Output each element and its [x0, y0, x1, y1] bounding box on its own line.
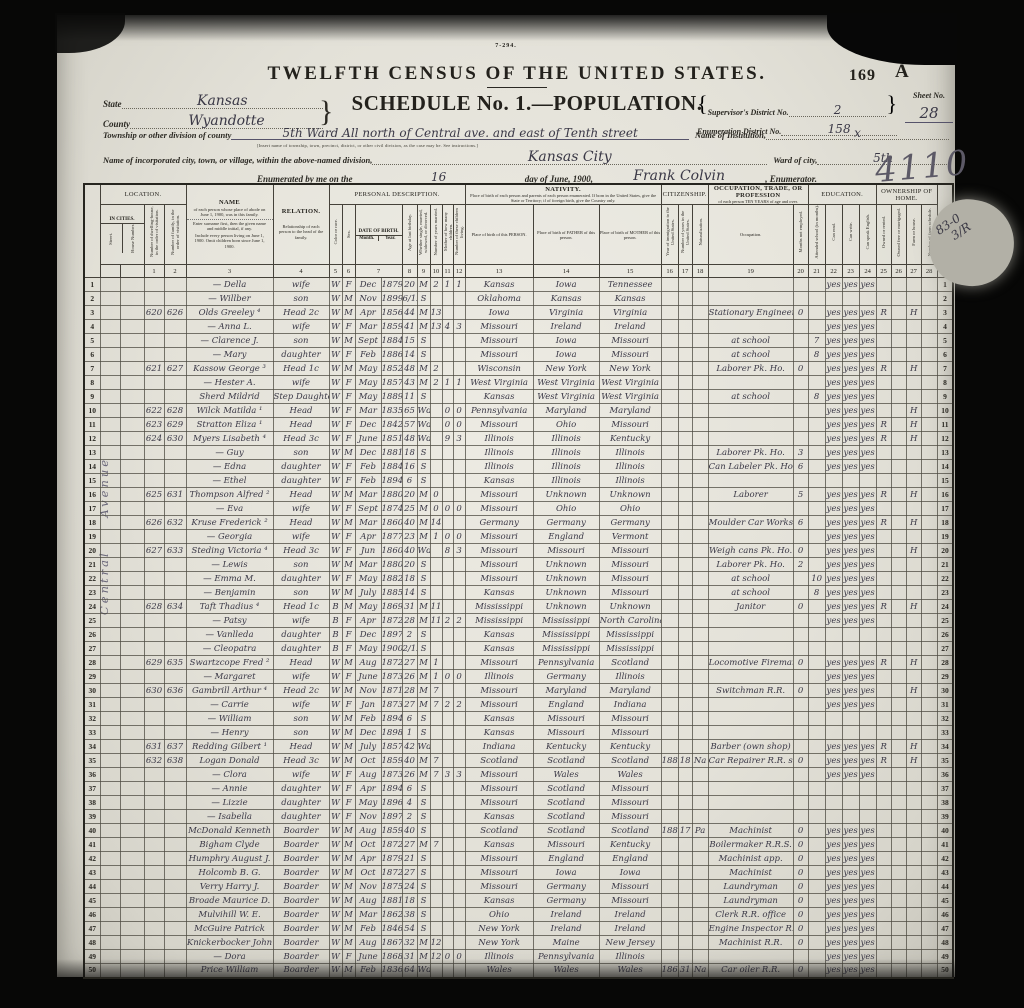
cell-bm: Jun	[355, 544, 381, 558]
cell-col: W	[329, 782, 342, 796]
cell-rel: son	[273, 712, 329, 726]
cell-st	[100, 964, 120, 978]
cell-mo	[442, 810, 453, 824]
cell-age: 15	[402, 334, 417, 348]
cell-name: Stratton Eliza ¹	[186, 418, 273, 432]
cell-mar: M	[417, 950, 430, 964]
cell-pb: Scotland	[465, 824, 533, 838]
cell-mar: S	[417, 852, 430, 866]
cell-fh: H	[906, 600, 921, 614]
col-can-speak-english: Can speak English.	[859, 205, 876, 265]
cell-ym	[430, 642, 442, 656]
cell-pf: Mississippi	[533, 628, 599, 642]
cell-or	[876, 558, 891, 572]
cell-pb: West Virginia	[465, 376, 533, 390]
cell-pf: Illinois	[533, 446, 599, 460]
cell-mo	[442, 726, 453, 740]
cell-dw: 629	[144, 656, 164, 670]
cell-age: 20	[402, 278, 417, 292]
cell-pb: Missouri	[465, 782, 533, 796]
cell-na	[692, 950, 708, 964]
cell-fh	[906, 838, 921, 852]
cell-fs	[921, 292, 937, 306]
cell-st	[100, 572, 120, 586]
cell-dw	[144, 950, 164, 964]
cell-yu	[678, 516, 692, 530]
cell-iy	[661, 530, 678, 544]
cell-yu	[678, 810, 692, 824]
cell-bm: Nov	[355, 810, 381, 824]
cell-yu	[678, 362, 692, 376]
cell-mu	[793, 418, 808, 432]
cell-col: W	[329, 362, 342, 376]
cell-sex: F	[342, 530, 355, 544]
cell-bm: Apr	[355, 852, 381, 866]
cell-cl	[453, 292, 465, 306]
cell-pb: Pennsylvania	[465, 404, 533, 418]
cell-rd: yes	[825, 964, 842, 978]
cell-rd: yes	[825, 936, 842, 950]
cell-rd: yes	[825, 530, 842, 544]
cell-en	[859, 810, 876, 824]
cell-en: yes	[859, 908, 876, 922]
cell-fa	[164, 586, 186, 600]
cell-sch	[808, 600, 825, 614]
cell-pm: Ireland	[599, 922, 661, 936]
cell-mar: Wd	[417, 418, 430, 432]
cell-fs	[921, 782, 937, 796]
cell-pb: Illinois	[465, 950, 533, 964]
cell-mar: M	[417, 306, 430, 320]
cell-pb: Oklahoma	[465, 292, 533, 306]
cell-fh	[906, 530, 921, 544]
cell-mu: 0	[793, 922, 808, 936]
group-relation: RELATION. Relationship of each person to…	[273, 184, 329, 265]
cell-bm: Mar	[355, 320, 381, 334]
cell-mo	[442, 936, 453, 950]
cell-age: 32	[402, 936, 417, 950]
cell-fh	[906, 642, 921, 656]
row-number-left: 2	[84, 292, 100, 306]
cell-dw	[144, 838, 164, 852]
cell-hn	[120, 768, 144, 782]
cell-wr: yes	[842, 614, 859, 628]
cell-cl: 1	[453, 278, 465, 292]
cell-rd: yes	[825, 516, 842, 530]
cell-name: — Vanlleda	[186, 628, 273, 642]
cell-sch	[808, 628, 825, 642]
cell-yu	[678, 278, 692, 292]
cell-by: 1873	[381, 670, 402, 684]
cell-age: 24	[402, 880, 417, 894]
cell-col: W	[329, 796, 342, 810]
cell-name: — Annie	[186, 782, 273, 796]
cell-hn	[120, 614, 144, 628]
cell-fh	[906, 558, 921, 572]
cell-en: yes	[859, 824, 876, 838]
cell-hn	[120, 460, 144, 474]
column-numbers-row: 12 34 56 7 89 1011 1213 1415 1617 1819 2…	[84, 265, 953, 278]
cell-rel: Head 1c	[273, 600, 329, 614]
cell-sex: M	[342, 334, 355, 348]
cell-by: 1852	[381, 362, 402, 376]
cell-wr: yes	[842, 964, 859, 978]
cell-dw	[144, 586, 164, 600]
cell-name: Gambrill Arthur ⁴	[186, 684, 273, 698]
cell-rel: daughter	[273, 796, 329, 810]
cell-ym	[430, 334, 442, 348]
cell-col: W	[329, 404, 342, 418]
cell-name: — Georgia	[186, 530, 273, 544]
cell-fa	[164, 320, 186, 334]
cell-pm: Missouri	[599, 726, 661, 740]
cell-fm	[891, 586, 906, 600]
cell-mu	[793, 502, 808, 516]
cell-col: W	[329, 712, 342, 726]
cell-fh	[906, 782, 921, 796]
cell-dw	[144, 572, 164, 586]
cell-or	[876, 446, 891, 460]
row-number-right: 24	[937, 600, 953, 614]
cell-na	[692, 740, 708, 754]
cell-name: — Lizzie	[186, 796, 273, 810]
cell-pm: Missouri	[599, 334, 661, 348]
cell-cl: 0	[453, 502, 465, 516]
cell-dw	[144, 866, 164, 880]
cell-rel: wife	[273, 376, 329, 390]
cell-fm	[891, 320, 906, 334]
cell-sex: M	[342, 446, 355, 460]
cell-fm	[891, 474, 906, 488]
cell-mu	[793, 586, 808, 600]
cell-pb: Mississippi	[465, 600, 533, 614]
cell-hn	[120, 950, 144, 964]
cell-iy	[661, 488, 678, 502]
cell-iy	[661, 866, 678, 880]
cell-cl	[453, 586, 465, 600]
cell-by: 1882	[381, 572, 402, 586]
cell-na	[692, 502, 708, 516]
cell-bm: Sept	[355, 502, 381, 516]
cell-occ: Locomotive Fireman	[708, 656, 793, 670]
cell-pb: Missouri	[465, 684, 533, 698]
cell-pb: Ohio	[465, 908, 533, 922]
state-value: Kansas	[122, 95, 323, 109]
cell-hn	[120, 852, 144, 866]
cell-na	[692, 390, 708, 404]
cell-fa: 627	[164, 362, 186, 376]
cell-rel: Boarder	[273, 852, 329, 866]
cell-name: Verry Harry J.	[186, 880, 273, 894]
group-location: LOCATION.	[100, 184, 186, 205]
cell-sch	[808, 404, 825, 418]
cell-cl: 0	[453, 418, 465, 432]
cell-fh	[906, 810, 921, 824]
cell-or	[876, 572, 891, 586]
cell-rd: yes	[825, 558, 842, 572]
cell-or	[876, 628, 891, 642]
cell-na	[692, 726, 708, 740]
cell-name: Kassow George ³	[186, 362, 273, 376]
cell-mu	[793, 278, 808, 292]
cell-sex: F	[342, 768, 355, 782]
cell-dw	[144, 726, 164, 740]
cell-or	[876, 320, 891, 334]
row-number-left: 34	[84, 740, 100, 754]
cell-dw	[144, 894, 164, 908]
cell-or	[876, 474, 891, 488]
cell-yu	[678, 670, 692, 684]
cell-mo	[442, 656, 453, 670]
cell-by: 1859	[381, 824, 402, 838]
row-number-left: 21	[84, 558, 100, 572]
cell-age: 28	[402, 614, 417, 628]
cell-pm: Missouri	[599, 348, 661, 362]
cell-en: yes	[859, 684, 876, 698]
cell-wr: yes	[842, 488, 859, 502]
cell-hn	[120, 894, 144, 908]
cell-dw: 621	[144, 362, 164, 376]
cell-mo	[442, 908, 453, 922]
cell-sch	[808, 418, 825, 432]
cell-fm	[891, 698, 906, 712]
cell-dw	[144, 460, 164, 474]
cell-occ	[708, 782, 793, 796]
cell-occ: Laborer	[708, 488, 793, 502]
cell-or	[876, 796, 891, 810]
cell-fm	[891, 782, 906, 796]
cell-rd: yes	[825, 866, 842, 880]
cell-na: Na	[692, 964, 708, 978]
cell-sch	[808, 712, 825, 726]
cell-cl	[453, 642, 465, 656]
cell-dw	[144, 390, 164, 404]
cell-pm: Wales	[599, 768, 661, 782]
cell-by: 1894	[381, 474, 402, 488]
cell-bm: July	[355, 586, 381, 600]
person-row: 37— AnniedaughterWFApr18946SMissouriScot…	[84, 782, 953, 796]
cell-dw	[144, 796, 164, 810]
cell-en: yes	[859, 866, 876, 880]
cell-by: 1897	[381, 628, 402, 642]
cell-bm: Nov	[355, 292, 381, 306]
cell-dw: 628	[144, 600, 164, 614]
cell-name: McDonald Kenneth	[186, 824, 273, 838]
cell-mar: S	[417, 922, 430, 936]
cell-or	[876, 726, 891, 740]
cell-fs	[921, 754, 937, 768]
cell-bm: Jan	[355, 698, 381, 712]
cell-bm: Nov	[355, 880, 381, 894]
cell-rd: yes	[825, 824, 842, 838]
cell-en: yes	[859, 950, 876, 964]
col-naturalization: Naturalization.	[692, 205, 708, 265]
cell-wr: yes	[842, 866, 859, 880]
cell-mo: 9	[442, 432, 453, 446]
row-number-left: 18	[84, 516, 100, 530]
cell-yu	[678, 642, 692, 656]
row-number-left: 41	[84, 838, 100, 852]
cell-na	[692, 810, 708, 824]
cell-fs	[921, 712, 937, 726]
cell-rel: wife	[273, 698, 329, 712]
cell-or: R	[876, 656, 891, 670]
row-number-left: 39	[84, 810, 100, 824]
cell-fh: H	[906, 684, 921, 698]
cell-fm	[891, 530, 906, 544]
cell-wr: yes	[842, 320, 859, 334]
cell-pb: Missouri	[465, 558, 533, 572]
cell-pf: Unknown	[533, 558, 599, 572]
row-number-right: 16	[937, 488, 953, 502]
col-children-living: Number of these children living.	[453, 205, 465, 265]
cell-st	[100, 278, 120, 292]
cell-age: 40	[402, 516, 417, 530]
cell-rel: Head	[273, 418, 329, 432]
cell-mu	[793, 796, 808, 810]
cell-mu	[793, 740, 808, 754]
cell-col: W	[329, 670, 342, 684]
cell-fa	[164, 698, 186, 712]
cell-mo	[442, 866, 453, 880]
cell-fs	[921, 306, 937, 320]
cell-fm	[891, 726, 906, 740]
cell-cl: 0	[453, 670, 465, 684]
cell-fs	[921, 796, 937, 810]
cell-fs	[921, 404, 937, 418]
cell-iy	[661, 390, 678, 404]
cell-bm: Apr	[355, 782, 381, 796]
cell-dw	[144, 782, 164, 796]
cell-pf: Iowa	[533, 866, 599, 880]
row-number-right: 43	[937, 866, 953, 880]
person-row: 10622628Wilck Matilda ¹HeadWFMar183565Wd…	[84, 404, 953, 418]
person-row: 38— LizziedaughterWFMay18964SMissouriSco…	[84, 796, 953, 810]
cell-iy	[661, 614, 678, 628]
person-row: 3620626Olds Greeley ⁴Head 2cWMApr185644M…	[84, 306, 953, 320]
cell-fh	[906, 320, 921, 334]
cell-fh: H	[906, 404, 921, 418]
cell-fa	[164, 838, 186, 852]
person-row: 6— MarydaughterWFFeb188614SMissouriIowaM…	[84, 348, 953, 362]
cell-sex: F	[342, 810, 355, 824]
cell-occ	[708, 278, 793, 292]
cell-st	[100, 782, 120, 796]
cell-rel: wife	[273, 768, 329, 782]
cell-cl: 3	[453, 320, 465, 334]
cell-bm: July	[355, 740, 381, 754]
cell-fh	[906, 390, 921, 404]
cell-rd: yes	[825, 320, 842, 334]
cell-na	[692, 712, 708, 726]
sheet-label: Sheet No.	[905, 91, 953, 100]
cell-hn	[120, 446, 144, 460]
cell-bm: May	[355, 572, 381, 586]
cell-sch	[808, 376, 825, 390]
cell-pm: Illinois	[599, 460, 661, 474]
person-row: 24628634Taft Thadius ⁴Head 1cBMMay186931…	[84, 600, 953, 614]
cell-pf: Iowa	[533, 278, 599, 292]
cell-rel: son	[273, 558, 329, 572]
cell-pm: Vermont	[599, 530, 661, 544]
cell-col: W	[329, 726, 342, 740]
cell-pb: Kansas	[465, 810, 533, 824]
cell-na	[692, 446, 708, 460]
cell-na	[692, 460, 708, 474]
cell-fh	[906, 796, 921, 810]
cell-st	[100, 600, 120, 614]
cell-col: W	[329, 852, 342, 866]
col-color-race: Color or race.	[329, 205, 342, 265]
cell-st	[100, 824, 120, 838]
cell-col: W	[329, 698, 342, 712]
cell-bm: Feb	[355, 922, 381, 936]
cell-bm: Feb	[355, 964, 381, 978]
cell-pf: Missouri	[533, 544, 599, 558]
cell-yu	[678, 558, 692, 572]
cell-pf: Kansas	[533, 292, 599, 306]
cell-fm	[891, 544, 906, 558]
cell-fa	[164, 642, 186, 656]
person-row: 20627633Steding Victoria ⁴Head 3cWFJun18…	[84, 544, 953, 558]
city-line: Name of incorporated city, town, or vill…	[103, 151, 949, 165]
cell-wr: yes	[842, 838, 859, 852]
cell-hn	[120, 418, 144, 432]
cell-or	[876, 404, 891, 418]
row-number-left: 40	[84, 824, 100, 838]
cell-name: — Della	[186, 278, 273, 292]
row-number-right: 21	[937, 558, 953, 572]
cell-pf: Virginia	[533, 306, 599, 320]
cell-st	[100, 838, 120, 852]
cell-rel: Head	[273, 740, 329, 754]
cell-st	[100, 418, 120, 432]
cell-fs	[921, 446, 937, 460]
cell-by: 1859	[381, 320, 402, 334]
cell-cl	[453, 740, 465, 754]
cell-na	[692, 614, 708, 628]
cell-dw	[144, 698, 164, 712]
cell-or	[876, 852, 891, 866]
cell-na	[692, 628, 708, 642]
cell-pm: England	[599, 852, 661, 866]
cell-na	[692, 334, 708, 348]
cell-age: 20	[402, 558, 417, 572]
cell-pf: Wales	[533, 964, 599, 978]
cell-ym	[430, 348, 442, 362]
row-number-left: 42	[84, 852, 100, 866]
cell-pb: Illinois	[465, 460, 533, 474]
cell-pf: Iowa	[533, 348, 599, 362]
cell-sex: M	[342, 292, 355, 306]
cell-en: yes	[859, 838, 876, 852]
cell-bm: May	[355, 796, 381, 810]
cell-pf: Unknown	[533, 488, 599, 502]
cell-fa	[164, 474, 186, 488]
person-row: 29— MargaretwifeWFJune187326M100Illinois…	[84, 670, 953, 684]
cell-wr: yes	[842, 502, 859, 516]
cell-by: 1836	[381, 964, 402, 978]
cell-cl: 0	[453, 530, 465, 544]
cell-st	[100, 404, 120, 418]
cell-rel: wife	[273, 670, 329, 684]
cell-en: yes	[859, 362, 876, 376]
cell-iy	[661, 670, 678, 684]
cell-occ: Boilermaker R.R.S.	[708, 838, 793, 852]
cell-en: yes	[859, 600, 876, 614]
cell-rel: Boarder	[273, 964, 329, 978]
cell-iy: 1883	[661, 824, 678, 838]
